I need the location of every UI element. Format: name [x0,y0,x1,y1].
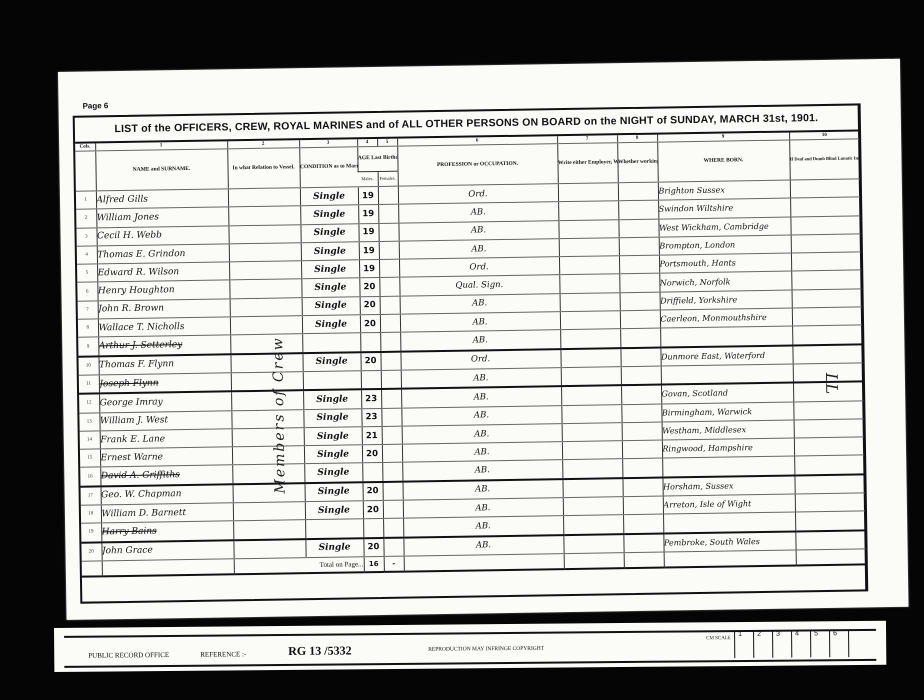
scale-mark: 1 [734,631,753,658]
relation-cell [233,502,305,521]
relation-cell [231,390,303,410]
marital-condition [305,519,363,539]
employer-cell [563,497,623,516]
employer-cell [559,256,619,275]
relation-cell [231,409,303,428]
employer-cell [562,478,622,498]
marital-condition: Single [302,315,360,334]
working-home-cell [622,440,662,459]
row-number: 20 [81,542,101,561]
person-name-text: Alfred Gills [96,194,148,205]
header-age-female: Females. [378,171,398,186]
marital-condition: Single [300,223,358,242]
working-home-cell [623,533,663,552]
employer-cell [560,311,620,330]
employer-cell [561,367,621,387]
age-female [383,537,403,556]
relation-cell [233,539,305,559]
infirmity-cell [794,437,864,456]
relation-cell [230,353,302,373]
age-female [378,204,398,223]
employer-cell [562,423,622,442]
occupation: AB. [401,386,561,407]
employer-cell [561,385,621,405]
record-office-footer: PUBLIC RECORD OFFICE REFERENCE :- RG 13 … [54,621,886,672]
person-name: William Jones [96,207,228,227]
occupation: AB. [403,516,563,537]
working-home-cell [622,477,662,496]
scale-mark: 6 [829,630,848,657]
infirmity-cell [795,511,865,531]
age-male: 19 [358,205,378,224]
marital-condition: Single [301,278,359,297]
age-female [381,408,401,427]
person-name: Geo. W. Chapman [101,484,233,505]
age-female [379,278,399,297]
age-male: 20 [360,296,380,315]
infirmity-cell [794,419,864,438]
age-female [380,314,400,333]
header-name: NAME and SURNAME. [95,149,228,191]
working-home-cell [621,404,661,423]
scale-mark [848,630,867,657]
working-home-cell [618,200,658,219]
total-males: 16 [364,556,384,572]
row-number: 1 [76,191,96,210]
person-name: William D. Barnett [101,503,233,523]
row-number: 12 [79,394,99,413]
scale-mark: 5 [810,630,829,657]
birthplace [661,364,793,385]
age-male: 19 [358,186,378,205]
infirmity-cell [794,455,864,475]
office-label: PUBLIC RECORD OFFICE [88,651,169,660]
person-name: John R. Brown [98,299,230,319]
marital-condition: Single [304,463,362,483]
birthplace [662,456,794,477]
working-home-cell [623,496,663,515]
birthplace: Portsmouth, Hants [659,253,791,273]
header-occupation: PROFESSION or OCCUPATION. [397,144,558,187]
page-label: Page 6 [82,101,108,110]
scale-mark: 3 [772,631,791,658]
working-home-cell [620,347,660,366]
employer-cell [560,329,620,349]
birthplace: Norwich, Norfolk [659,271,791,291]
person-name-text: William J. West [100,416,168,427]
marital-condition: Single [304,445,362,464]
header-employer: Write either Employer, Worker, or Own Ac… [557,143,618,184]
birthplace: Govan, Scotland [661,383,793,404]
birthplace: Swindon Wiltshire [658,198,790,218]
marital-condition: Single [302,297,360,316]
infirmity-cell [790,179,860,198]
age-male: 20 [363,500,383,519]
person-name-text: Cecil H. Webb [97,231,162,242]
census-table: Cols.12345678910 NAME and SURNAME. In wh… [75,131,866,577]
age-female [383,500,403,519]
birthplace: Ringwood, Hampshire [662,438,794,458]
birthplace: Horsham, Sussex [662,475,794,496]
person-name: Alfred Gills [96,189,228,209]
row-number: 4 [77,246,97,265]
working-home-cell [620,292,660,311]
person-name-text: Frank E. Lane [100,434,165,445]
occupation: AB. [402,460,562,481]
relation-cell [229,279,301,298]
age-male: 20 [362,445,382,464]
age-female [380,351,400,370]
relation-cell [233,520,305,540]
row-number: 11 [79,375,99,394]
person-name-text: Arthur J. Setterley [99,340,183,351]
marital-condition: Single [303,408,361,427]
working-home-cell [622,459,662,478]
total-females: - [384,556,404,572]
age-male [360,333,380,352]
row-number: 5 [77,264,97,283]
birthplace: Dunmore East, Waterford [660,345,792,366]
person-name-text: William Jones [97,212,159,223]
age-male: 23 [361,408,381,427]
person-name-text: John Grace [102,546,153,557]
total-label: Total on Page... [306,557,364,573]
person-name-text: David A. Griffiths [101,470,180,481]
marital-condition: Single [301,260,359,279]
birthplace: Pembroke, South Wales [663,531,795,552]
age-female [378,186,398,205]
occupation: Ord. [400,349,560,370]
age-female [382,444,402,463]
age-male: 21 [362,426,382,445]
header-relation: In what Relation to Vessel. [227,148,300,189]
header-rownum [75,151,96,191]
age-male: 19 [359,241,379,260]
employer-cell [560,292,620,311]
copyright-notice: REPRODUCTION MAY INFRINGE COPYRIGHT [428,646,544,653]
person-name: Thomas E. Grindon [97,244,229,264]
employer-cell [559,238,619,257]
working-home-cell [623,514,663,533]
birthplace: Caerleon, Monmouthshire [660,308,792,328]
person-name: Henry Houghton [97,280,229,300]
age-female [382,463,402,482]
age-male [362,463,382,482]
reference-label: REFERENCE :- [200,650,246,658]
person-name-text: Thomas F. Flynn [99,360,174,371]
birthplace: Westham, Middlesex [662,420,794,440]
person-name-text: George Imray [100,397,163,408]
marital-condition: Single [305,501,363,520]
birthplace: Driffield, Yorkshire [660,290,792,310]
person-name: William J. West [99,410,231,430]
header-age-male: Males. [358,171,378,186]
header-working-home: Whether working at home. [617,142,658,183]
person-name: Frank E. Lane [100,429,232,449]
birthplace [663,512,795,533]
employer-cell [563,515,623,535]
employer-cell [559,274,619,293]
person-name-text: Henry Houghton [98,285,175,296]
person-name: Ernest Warne [100,447,232,467]
birthplace [660,326,792,347]
row-number: 10 [78,356,98,375]
census-page: Page 6 LIST of the OFFICERS, CREW, ROYAL… [58,59,909,620]
age-male: 20 [363,538,383,557]
relation-cell [232,483,304,503]
employer-cell [561,404,621,423]
scale-mark: 4 [791,630,810,657]
relation-cell [232,464,304,484]
cm-scale: 123456 [734,630,867,658]
age-female [378,223,398,242]
marital-condition [302,333,360,353]
infirmity-cell [790,197,860,216]
row-number: 13 [79,412,99,431]
occupation: AB. [403,535,563,556]
occupation: AB. [400,330,560,351]
row-number: 16 [80,467,100,486]
footer-rule [64,659,876,668]
working-home-cell [621,385,661,404]
row-number: 2 [76,209,96,228]
marital-condition: Single [300,187,358,206]
person-name-text: Harry Bains [102,526,157,537]
person-name-text: Geo. W. Chapman [101,490,182,501]
age-male: 20 [362,482,382,501]
person-name-text: Wallace T. Nicholls [98,322,184,333]
working-home-cell [619,255,659,274]
relation-cell [228,206,300,225]
employer-cell [558,183,618,202]
age-female [381,389,401,408]
employer-cell [560,348,620,368]
age-male: 19 [359,260,379,279]
person-name-text: Edward R. Wilson [98,267,180,278]
relation-cell [231,372,303,392]
infirmity-annotation: LL [822,373,841,395]
employer-cell [558,201,618,220]
person-name: John Grace [101,540,233,561]
relation-cell [228,224,300,243]
employer-cell [558,219,618,238]
age-female [379,259,399,278]
person-name: George Imray [99,392,231,413]
birthplace: Brighton Sussex [658,180,790,200]
infirmity-cell [792,344,862,364]
census-form: LIST of the OFFICERS, CREW, ROYAL MARINE… [73,103,869,603]
working-home-cell [622,422,662,441]
infirmity-cell [793,400,863,419]
header-infirmity: If Deaf and Dumb Blind Lunatic Imbecile,… [789,139,860,180]
occupation: AB. [401,368,561,389]
person-name: Edward R. Wilson [97,262,229,282]
working-home-cell [620,310,660,329]
marital-condition: Single [302,352,360,372]
employer-cell [562,441,622,460]
row-number: 14 [80,431,100,450]
person-name: Thomas F. Flynn [98,354,230,375]
infirmity-cell [792,325,862,345]
working-home-cell [621,366,661,385]
relation-cell [229,243,301,262]
relation-cell [230,334,302,354]
person-name: Wallace T. Nicholls [98,317,230,337]
working-home-cell [619,237,659,256]
row-number: 18 [81,505,101,524]
row-number: 8 [78,319,98,338]
scale-mark: 2 [753,631,772,658]
census-rows: 1Alfred GillsSingle19Ord.Brighton Sussex… [76,179,866,561]
person-name-text: William D. Barnett [101,508,186,519]
person-name-text: Joseph Flynn [99,378,158,389]
age-female [380,333,400,352]
header-born: WHERE BORN. [657,140,790,182]
working-home-cell [618,219,658,238]
relation-cell [230,316,302,335]
infirmity-cell [791,252,861,271]
marital-condition: Single [305,538,363,558]
row-number: 3 [76,228,96,247]
working-home-cell [618,182,658,201]
infirmity-cell [792,289,862,308]
infirmity-cell [792,307,862,326]
row-number: 9 [78,337,98,356]
age-female [383,518,403,537]
birthplace: Brompton, London [659,235,791,255]
infirmity-cell [795,493,865,512]
age-male: 19 [358,223,378,242]
header-age: AGE Last Birthday. [357,146,397,172]
infirmity-cell [790,216,860,235]
age-male: 20 [360,352,380,371]
age-female [382,481,402,500]
row-number: 15 [80,449,100,468]
marital-condition: Single [304,482,362,502]
relation-cell [232,428,304,447]
marital-condition [303,371,361,391]
employer-cell [562,459,622,479]
age-female [379,241,399,260]
infirmity-cell [791,270,861,289]
age-male [363,519,383,538]
age-female [382,426,402,445]
reference-number: RG 13 /5332 [288,643,351,659]
working-home-cell [619,274,659,293]
age-female [380,296,400,315]
birthplace: Birmingham, Warwick [661,402,793,422]
birthplace: West Wickham, Cambridge [658,217,790,237]
age-male [361,370,381,389]
working-home-cell [620,328,660,347]
marital-condition: Single [304,427,362,446]
person-name-text: Thomas E. Grindon [97,249,185,260]
marital-condition: Single [300,205,358,224]
row-number: 19 [81,523,101,542]
age-male: 20 [360,315,380,334]
header-condition: CONDITION as to Marriage. [299,147,358,188]
relation-cell [229,261,301,280]
person-name: Joseph Flynn [99,373,231,394]
relation-cell [230,297,302,316]
infirmity-cell [791,234,861,253]
person-name: Cecil H. Webb [96,225,228,245]
person-name: Harry Bains [101,521,233,542]
relation-cell [228,188,300,207]
person-name-text: John R. Brown [98,304,164,315]
person-name: David A. Griffiths [100,465,232,486]
age-male: 23 [361,389,381,408]
person-name-text: Ernest Warne [100,452,163,463]
infirmity-cell [795,530,865,550]
age-male: 20 [359,278,379,297]
marital-condition: Single [303,390,361,410]
birthplace: Arreton, Isle of Wight [663,494,795,514]
row-number: 17 [81,486,101,505]
relation-cell [232,446,304,465]
marital-condition: Single [301,242,359,261]
row-number: 6 [77,282,97,301]
age-female [381,370,401,389]
scale-label: CM SCALE [706,636,731,641]
row-number: 7 [78,301,98,320]
person-name: Arthur J. Setterley [98,335,230,356]
infirmity-cell [794,474,864,494]
employer-cell [563,534,623,554]
occupation: AB. [402,479,562,500]
